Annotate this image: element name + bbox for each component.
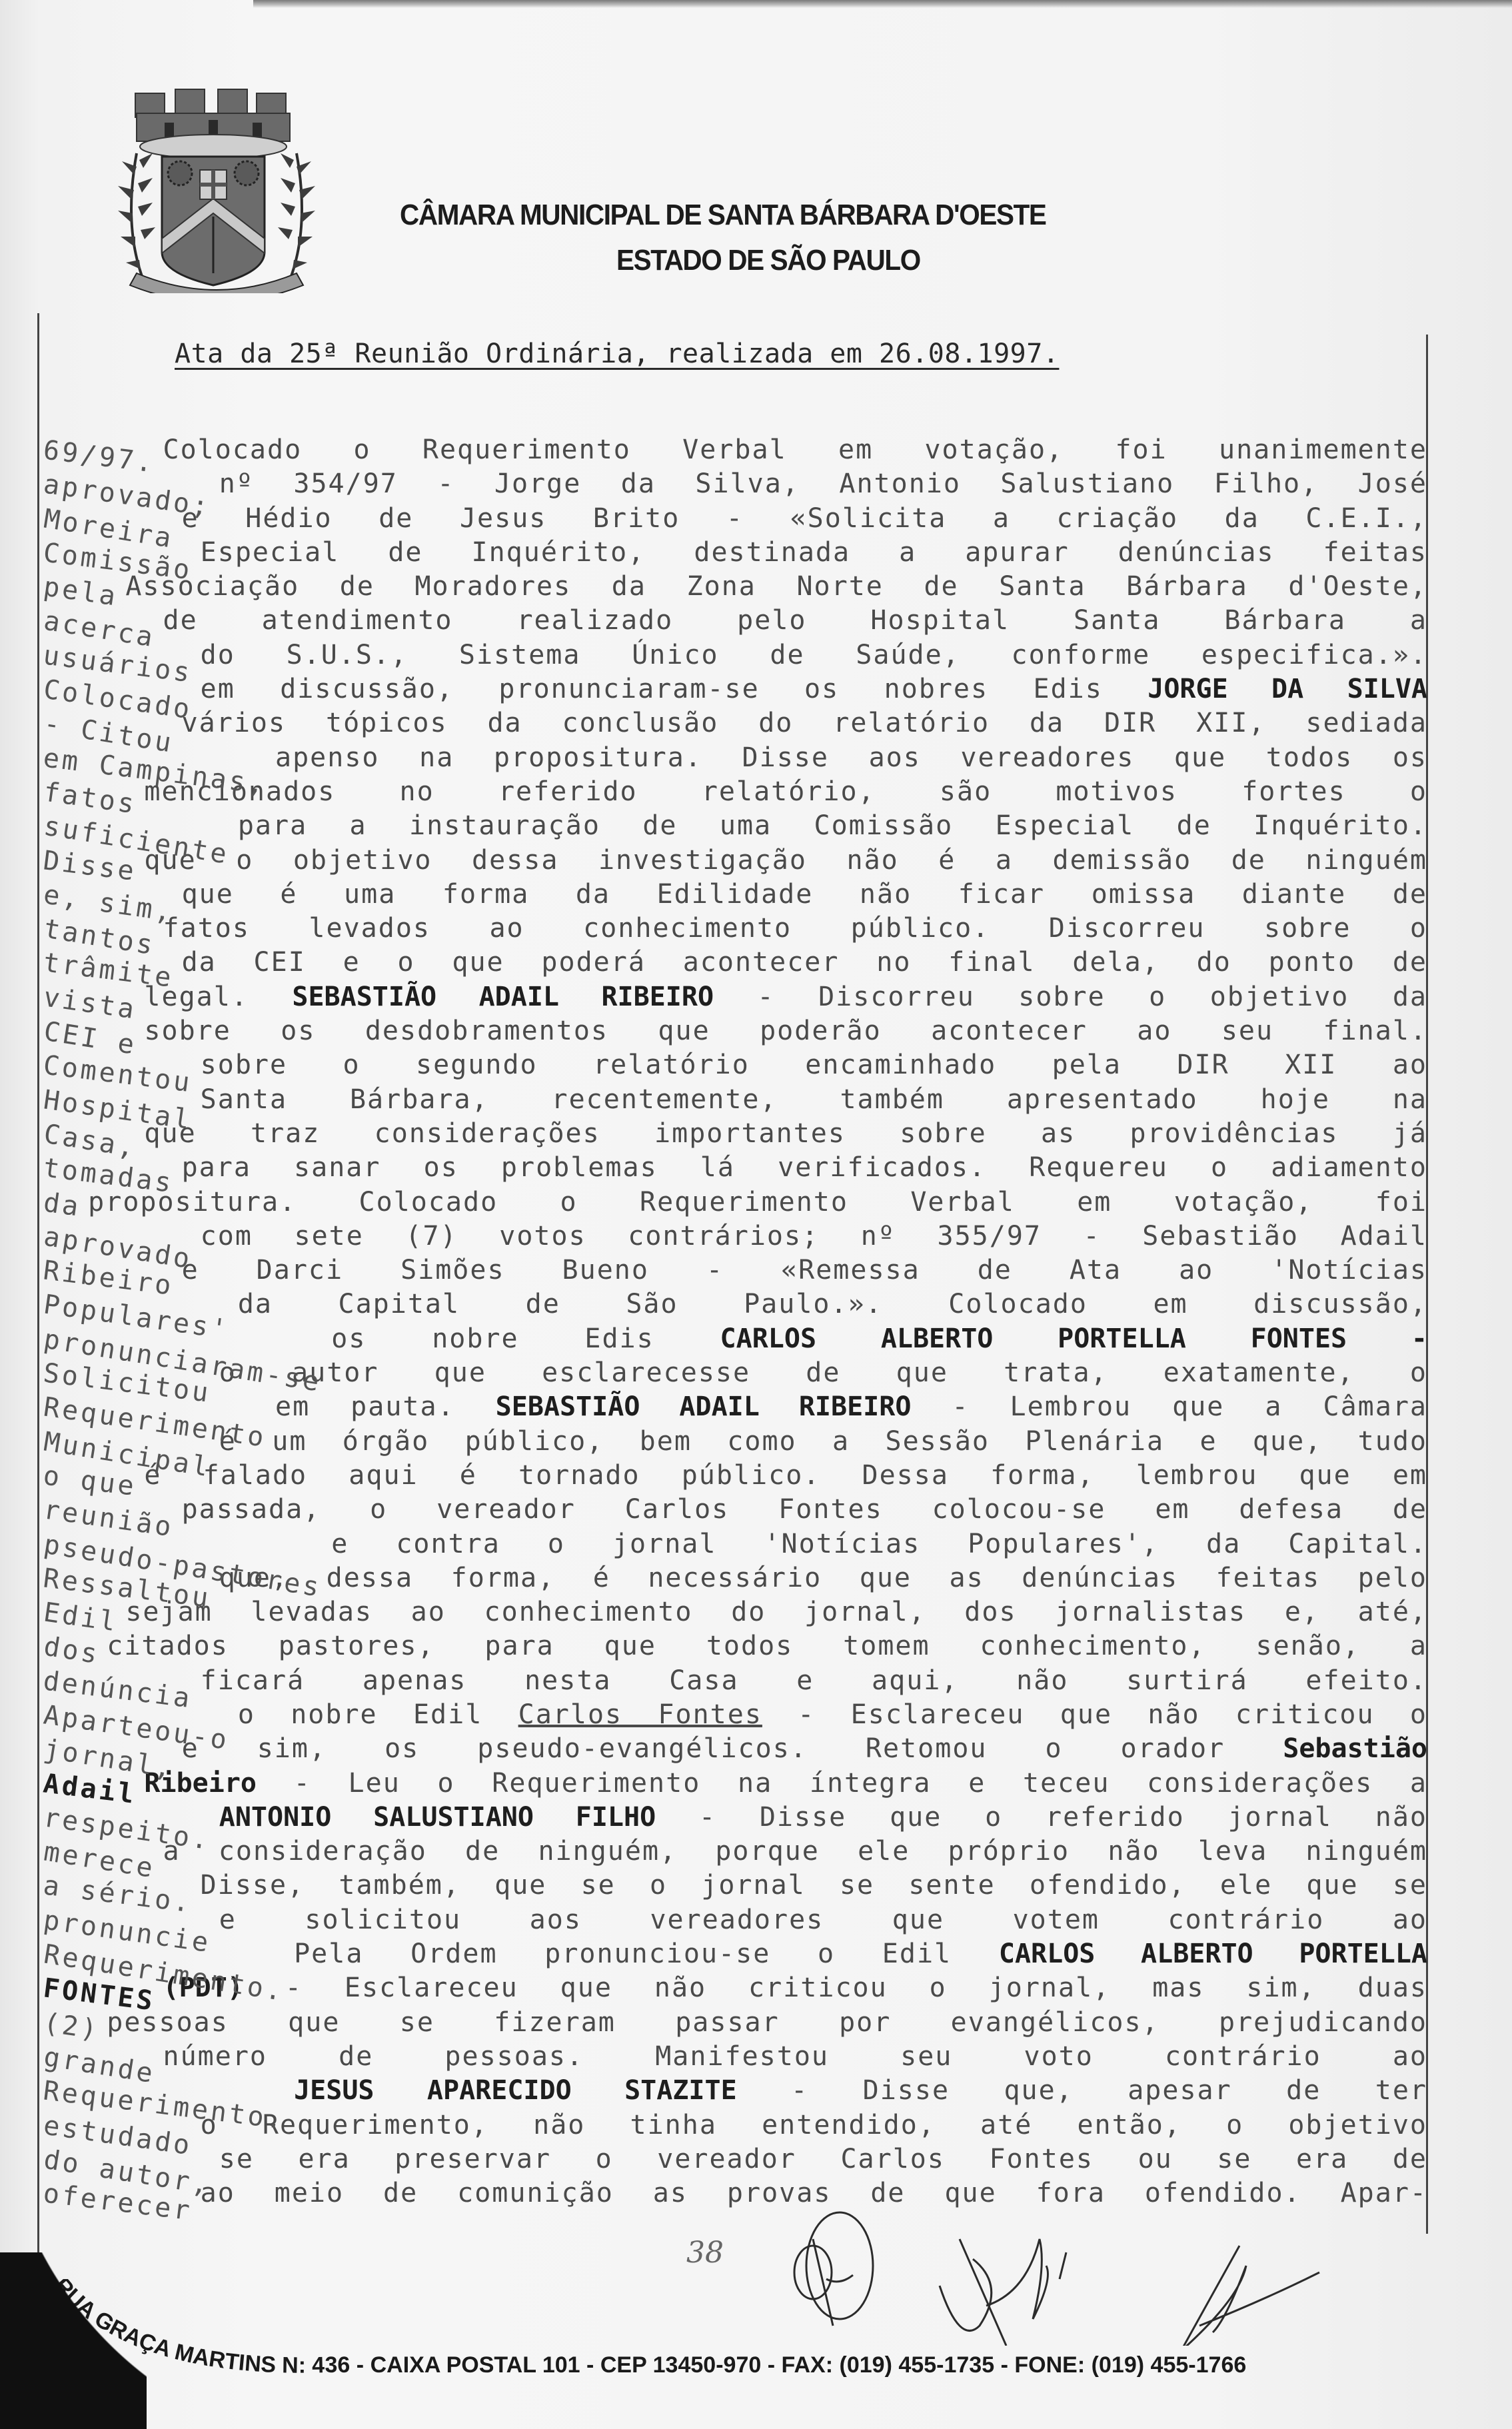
- line-text: Especial de Inquérito, destinada a apura…: [191, 536, 1427, 570]
- line-text: passada, o vereador Carlos Fontes coloco…: [173, 1493, 1427, 1527]
- line-text: que é uma forma da Edilidade não ficar o…: [173, 878, 1427, 912]
- text-line: e, sim,que é uma forma da Edilidade não …: [41, 878, 1427, 912]
- text-line: respeito.ANTONIO SALUSTIANO FILHO - Diss…: [41, 1801, 1427, 1835]
- line-text: e Darci Simões Bueno - «Remessa de Ata a…: [173, 1253, 1427, 1287]
- underlined-name: Carlos Fontes: [518, 1699, 762, 1730]
- line-text: e Hédio de Jesus Brito - «Solicita a cri…: [173, 502, 1427, 536]
- line-text: de atendimento realizado pelo Hospital S…: [154, 604, 1428, 638]
- line-text: sobre os desdobramentos que poderão acon…: [135, 1014, 1427, 1048]
- text-line: pseudo-pastorese contra o jornal 'Notíci…: [41, 1527, 1427, 1561]
- line-text: para a instauração de uma Comissão Espec…: [229, 809, 1427, 843]
- line-text: do S.U.S., Sistema Único de Saúde, confo…: [191, 638, 1427, 672]
- text-line: acercade atendimento realizado pelo Hosp…: [41, 604, 1427, 638]
- line-text: que o objetivo dessa investigação não é …: [135, 844, 1427, 878]
- coat-of-arms-icon: [110, 73, 323, 293]
- text-line: a sério.Disse, também, que se o jornal s…: [41, 1869, 1427, 1903]
- speaker-name: CARLOS ALBERTO PORTELLA FONTES -: [720, 1323, 1427, 1354]
- line-text: o Requerimento, não tinha entendido, até…: [191, 2108, 1427, 2142]
- line-text: ANTONIO SALUSTIANO FILHO - Disse que o r…: [210, 1801, 1427, 1835]
- line-text: com sete (7) votos contrários; nº 355/97…: [191, 1219, 1427, 1253]
- speaker-name: SEBASTIÃO ADAIL RIBEIRO: [496, 1391, 912, 1422]
- text-line: Comentousobre o segundo relatório encami…: [41, 1048, 1427, 1082]
- line-text: Associação de Moradores da Zona Norte de…: [116, 570, 1427, 604]
- document-title: Ata da 25ª Reunião Ordinária, realizada …: [175, 339, 1059, 369]
- line-text: legal. SEBASTIÃO ADAIL RIBEIRO - Discorr…: [135, 980, 1427, 1014]
- state-name: ESTADO DE SÃO PAULO: [616, 244, 920, 277]
- line-text: (PDT) - Esclareceu que não criticou o jo…: [154, 1971, 1428, 2005]
- text-line: aprovadocom sete (7) votos contrários; n…: [41, 1219, 1427, 1253]
- page-number: 38: [686, 2236, 724, 2270]
- text-line: tantosfatos levados ao conhecimento públ…: [41, 912, 1427, 946]
- text-line: Casa,que traz considerações importantes …: [41, 1117, 1427, 1151]
- speaker-name: JESUS APARECIDO STAZITE: [294, 2075, 737, 2106]
- text-line: (2)pessoas que se fizeram passar por eva…: [41, 2006, 1427, 2040]
- scan-corner-shadow: [0, 2252, 147, 2429]
- text-line: reuniãopassada, o vereador Carlos Fontes…: [41, 1493, 1427, 1527]
- speaker-name: Sebastião: [1283, 1733, 1427, 1764]
- text-line: HospitalSanta Bárbara, recentemente, tam…: [41, 1083, 1427, 1117]
- line-text: e sim, os pseudo-evangélicos. Retomou o …: [173, 1732, 1427, 1766]
- text-line: usuáriosdo S.U.S., Sistema Único de Saúd…: [41, 638, 1427, 672]
- text-line: vistalegal. SEBASTIÃO ADAIL RIBEIRO - Di…: [41, 980, 1427, 1014]
- line-text: número de pessoas. Manifestou seu voto c…: [154, 2040, 1428, 2074]
- scan-edge-shadow: [253, 0, 1512, 8]
- line-text: e solicitou aos vereadores que votem con…: [210, 1903, 1427, 1937]
- line-text: Ribeiro - Leu o Requerimento na íntegra …: [135, 1767, 1427, 1801]
- line-text: fatos levados ao conhecimento público. D…: [154, 912, 1428, 946]
- text-line: do autor,se era preservar o vereador Car…: [41, 2142, 1427, 2176]
- text-line: Edilsejam levadas ao conhecimento do jor…: [41, 1595, 1427, 1629]
- text-line: grandenúmero de pessoas. Manifestou seu …: [41, 2040, 1427, 2074]
- text-line: pronunciee solicitou aos vereadores que …: [41, 1903, 1427, 1937]
- line-text: apenso na propositura. Disse aos vereado…: [266, 741, 1427, 775]
- line-text: Disse, também, que se o jornal se sente …: [191, 1869, 1427, 1903]
- text-line: tomadaspara sanar os problemas lá verifi…: [41, 1151, 1427, 1185]
- line-text: se era preservar o vereador Carlos Fonte…: [210, 2142, 1427, 2176]
- line-text: o autor que esclarecesse de que trata, e…: [210, 1356, 1427, 1390]
- speaker-name: SEBASTIÃO ADAIL RIBEIRO: [292, 982, 714, 1012]
- text-line: Requerimentoem pauta. SEBASTIÃO ADAIL RI…: [41, 1390, 1427, 1424]
- line-text: nº 354/97 - Jorge da Silva, Antonio Salu…: [210, 467, 1427, 501]
- line-text: é falado aqui é tornado público. Dessa f…: [135, 1459, 1427, 1493]
- document-body: 69/97.Colocado o Requerimento Verbal em …: [41, 433, 1427, 2210]
- institution-name: CÂMARA MUNICIPAL DE SANTA BÁRBARA D'OEST…: [400, 199, 1147, 232]
- svg-text:RUA GRAÇA MARTINS N: 436 - CAI: RUA GRAÇA MARTINS N: 436 - CAIXA POSTAL …: [49, 2279, 1247, 2378]
- text-line: trâmiteda CEI e o que poderá acontecer n…: [41, 946, 1427, 980]
- line-text: que traz considerações importantes sobre…: [135, 1117, 1427, 1151]
- text-line: jornal,e sim, os pseudo-evangélicos. Ret…: [41, 1732, 1427, 1766]
- line-lead-word: da: [41, 1186, 83, 1225]
- line-text: citados pastores, para que todos tomem c…: [97, 1629, 1427, 1663]
- line-text: o nobre Edil Carlos Fontes - Esclareceu …: [229, 1698, 1427, 1732]
- text-line: - Citouvários tópicos da conclusão do re…: [41, 706, 1427, 740]
- text-line: Moreirae Hédio de Jesus Brito - «Solicit…: [41, 502, 1427, 536]
- text-line: ComissãoEspecial de Inquérito, destinada…: [41, 536, 1427, 570]
- line-text: da Capital de São Paulo.». Colocado em d…: [229, 1287, 1427, 1321]
- text-line: pronunciaram-seos nobre Edis CARLOS ALBE…: [41, 1322, 1427, 1356]
- text-line: em Campinas,apenso na propositura. Disse…: [41, 741, 1427, 775]
- line-text: Pela Ordem pronunciou-se o Edil CARLOS A…: [285, 1937, 1427, 1971]
- text-line: o queé falado aqui é tornado público. De…: [41, 1459, 1427, 1493]
- text-line: Colocadoem discussão, pronunciaram-se os…: [41, 672, 1427, 706]
- left-margin-rule: [37, 313, 39, 2279]
- line-text: os nobre Edis CARLOS ALBERTO PORTELLA FO…: [322, 1322, 1427, 1356]
- line-text: em pauta. SEBASTIÃO ADAIL RIBEIRO - Lemb…: [266, 1390, 1427, 1424]
- text-line: AdailRibeiro - Leu o Requerimento na ínt…: [41, 1767, 1427, 1801]
- line-text: em discussão, pronunciaram-se os nobres …: [191, 672, 1427, 706]
- line-text: Colocado o Requerimento Verbal em votaçã…: [154, 433, 1428, 467]
- speaker-name: JORGE DA SILVA: [1147, 674, 1427, 704]
- line-text: para sanar os problemas lá verificados. …: [173, 1151, 1427, 1185]
- line-text: JESUS APARECIDO STAZITE - Disse que, ape…: [285, 2074, 1427, 2108]
- text-line: Requerimento.JESUS APARECIDO STAZITE - D…: [41, 2074, 1427, 2108]
- text-line: aprovado;nº 354/97 - Jorge da Silva, Ant…: [41, 467, 1427, 501]
- line-text: da CEI e o que poderá acontecer no final…: [173, 946, 1427, 980]
- line-text: é um órgão público, bem como a Sessão Pl…: [210, 1425, 1427, 1459]
- text-line: Populares'da Capital de São Paulo.». Col…: [41, 1287, 1427, 1321]
- text-line: Ribeiroe Darci Simões Bueno - «Remessa d…: [41, 1253, 1427, 1287]
- speaker-name: ANTONIO SALUSTIANO FILHO: [219, 1802, 656, 1833]
- line-text: propositura. Colocado o Requerimento Ver…: [79, 1186, 1427, 1219]
- line-text: e contra o jornal 'Notícias Populares', …: [322, 1527, 1427, 1561]
- footer-address: RUA GRAÇA MARTINS N: 436 - CAIXA POSTAL …: [47, 2279, 1446, 2386]
- text-line: doscitados pastores, para que todos tome…: [41, 1629, 1427, 1663]
- line-text: sobre o segundo relatório encaminhado pe…: [191, 1048, 1427, 1082]
- footer-address-text: RUA GRAÇA MARTINS N: 436 - CAIXA POSTAL …: [49, 2279, 1247, 2378]
- speaker-name: CARLOS ALBERTO PORTELLA: [999, 1939, 1427, 1969]
- text-line: suficientepara a instauração de uma Comi…: [41, 809, 1427, 843]
- text-line: pelaAssociação de Moradores da Zona Nort…: [41, 570, 1427, 604]
- text-line: CEI esobre os desdobramentos que poderão…: [41, 1014, 1427, 1048]
- text-line: denúnciaficará apenas nesta Casa e aqui,…: [41, 1664, 1427, 1698]
- line-text: Santa Bárbara, recentemente, também apre…: [191, 1083, 1427, 1117]
- text-line: merecea consideração de ninguém, porque …: [41, 1835, 1427, 1869]
- line-text: mencionados no referido relatório, são m…: [135, 775, 1427, 809]
- text-line: Disseque o objetivo dessa investigação n…: [41, 844, 1427, 878]
- text-line: dapropositura. Colocado o Requerimento V…: [41, 1186, 1427, 1219]
- line-text: ficará apenas nesta Casa e aqui, não sur…: [191, 1664, 1427, 1698]
- document-page: CÂMARA MUNICIPAL DE SANTA BÁRBARA D'OEST…: [0, 0, 1512, 2429]
- line-text: vários tópicos da conclusão do relatório…: [173, 706, 1427, 740]
- line-text: pessoas que se fizeram passar por evangé…: [97, 2006, 1427, 2040]
- text-line: Aparteou-oo nobre Edil Carlos Fontes - E…: [41, 1698, 1427, 1732]
- text-line: 69/97.Colocado o Requerimento Verbal em …: [41, 433, 1427, 467]
- line-text: a consideração de ninguém, porque ele pr…: [154, 1835, 1428, 1869]
- text-line: Requerimento.Pela Ordem pronunciou-se o …: [41, 1937, 1427, 1971]
- line-text: que, dessa forma, é necessário que as de…: [210, 1561, 1427, 1595]
